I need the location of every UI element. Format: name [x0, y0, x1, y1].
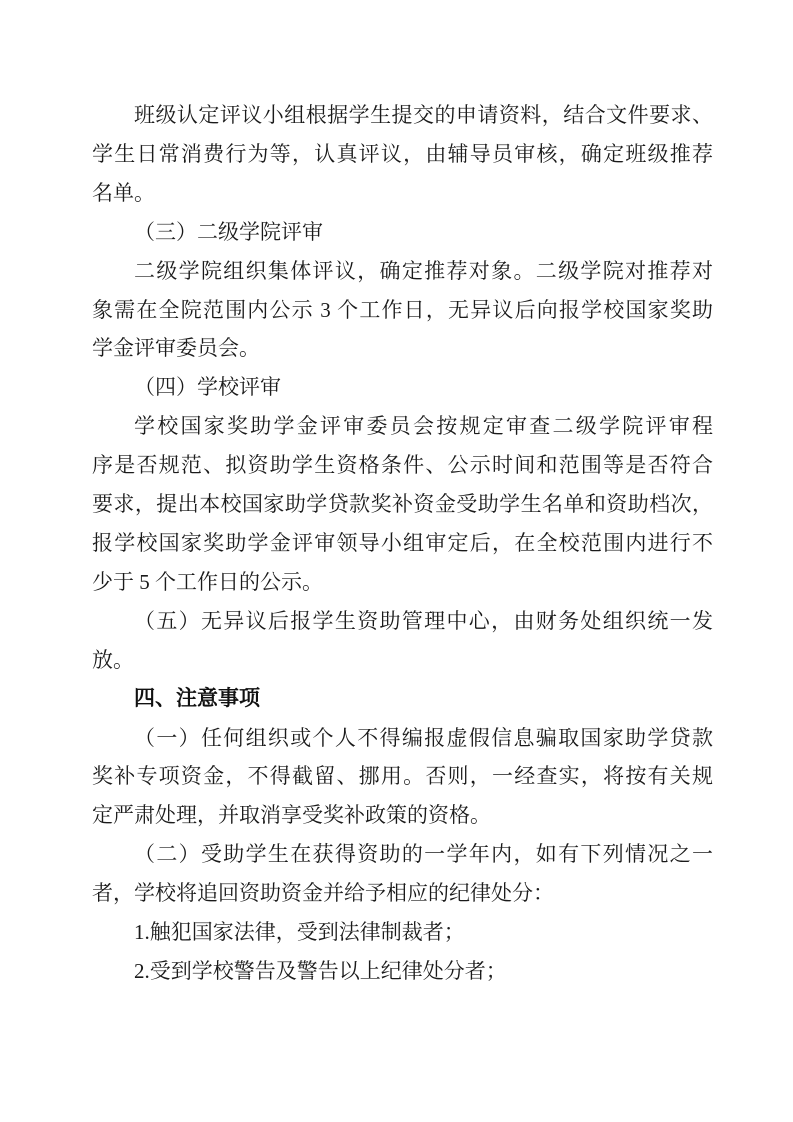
text-line: 报学校国家奖助学金评审领导小组审定后，在全校范围内进行不: [92, 524, 713, 563]
text-line: 1.触犯国家法律，受到法律制裁者；: [92, 913, 713, 952]
paragraph: 2.受到学校警告及警告以上纪律处分者；: [92, 952, 713, 991]
paragraph: 1.触犯国家法律，受到法律制裁者；: [92, 913, 713, 952]
text-line: 少于 5 个工作日的公示。: [92, 563, 713, 602]
paragraph: （五）无异议后报学生资助管理中心，由财务处组织统一发放。: [92, 602, 713, 680]
paragraph: （一）任何组织或个人不得编报虚假信息骗取国家助学贷款奖补专项资金，不得截留、挪用…: [92, 719, 713, 836]
text-line: 学校国家奖助学金评审委员会按规定审查二级学院评审程: [92, 407, 713, 446]
text-line: 学金评审委员会。: [92, 329, 713, 368]
text-line: （五）无异议后报学生资助管理中心，由财务处组织统一发: [92, 602, 713, 641]
document-body: 班级认定评议小组根据学生提交的申请资料，结合文件要求、学生日常消费行为等，认真评…: [92, 96, 713, 991]
text-line: 者，学校将追回资助资金并给予相应的纪律处分：: [92, 874, 713, 913]
paragraph: 班级认定评议小组根据学生提交的申请资料，结合文件要求、学生日常消费行为等，认真评…: [92, 96, 713, 213]
text-line: 2.受到学校警告及警告以上纪律处分者；: [92, 952, 713, 991]
paragraph: （二）受助学生在获得资助的一学年内，如有下列情况之一者，学校将追回资助资金并给予…: [92, 835, 713, 913]
text-line: （三）二级学院评审: [92, 213, 713, 252]
text-line: 要求，提出本校国家助学贷款奖补资金受助学生名单和资助档次，: [92, 485, 713, 524]
heading-text-line: 四、注意事项: [92, 680, 713, 719]
text-line: 学生日常消费行为等，认真评议，由辅导员审核，确定班级推荐: [92, 135, 713, 174]
paragraph: 二级学院组织集体评议，确定推荐对象。二级学院对推荐对象需在全院范围内公示 3 个…: [92, 252, 713, 369]
text-line: 奖补专项资金，不得截留、挪用。否则，一经查实，将按有关规: [92, 757, 713, 796]
text-line: 象需在全院范围内公示 3 个工作日，无异议后向报学校国家奖助: [92, 291, 713, 330]
text-line: 名单。: [92, 174, 713, 213]
paragraph: （四）学校评审: [92, 368, 713, 407]
text-line: 定严肃处理，并取消享受奖补政策的资格。: [92, 796, 713, 835]
text-line: （一）任何组织或个人不得编报虚假信息骗取国家助学贷款: [92, 719, 713, 758]
text-line: （四）学校评审: [92, 368, 713, 407]
document-page: 班级认定评议小组根据学生提交的申请资料，结合文件要求、学生日常消费行为等，认真评…: [0, 0, 793, 1122]
paragraph: 学校国家奖助学金评审委员会按规定审查二级学院评审程序是否规范、拟资助学生资格条件…: [92, 407, 713, 602]
text-line: 序是否规范、拟资助学生资格条件、公示时间和范围等是否符合: [92, 446, 713, 485]
text-line: 班级认定评议小组根据学生提交的申请资料，结合文件要求、: [92, 96, 713, 135]
paragraph: （三）二级学院评审: [92, 213, 713, 252]
section-heading: 四、注意事项: [92, 680, 713, 719]
text-line: 放。: [92, 641, 713, 680]
text-line: （二）受助学生在获得资助的一学年内，如有下列情况之一: [92, 835, 713, 874]
text-line: 二级学院组织集体评议，确定推荐对象。二级学院对推荐对: [92, 252, 713, 291]
